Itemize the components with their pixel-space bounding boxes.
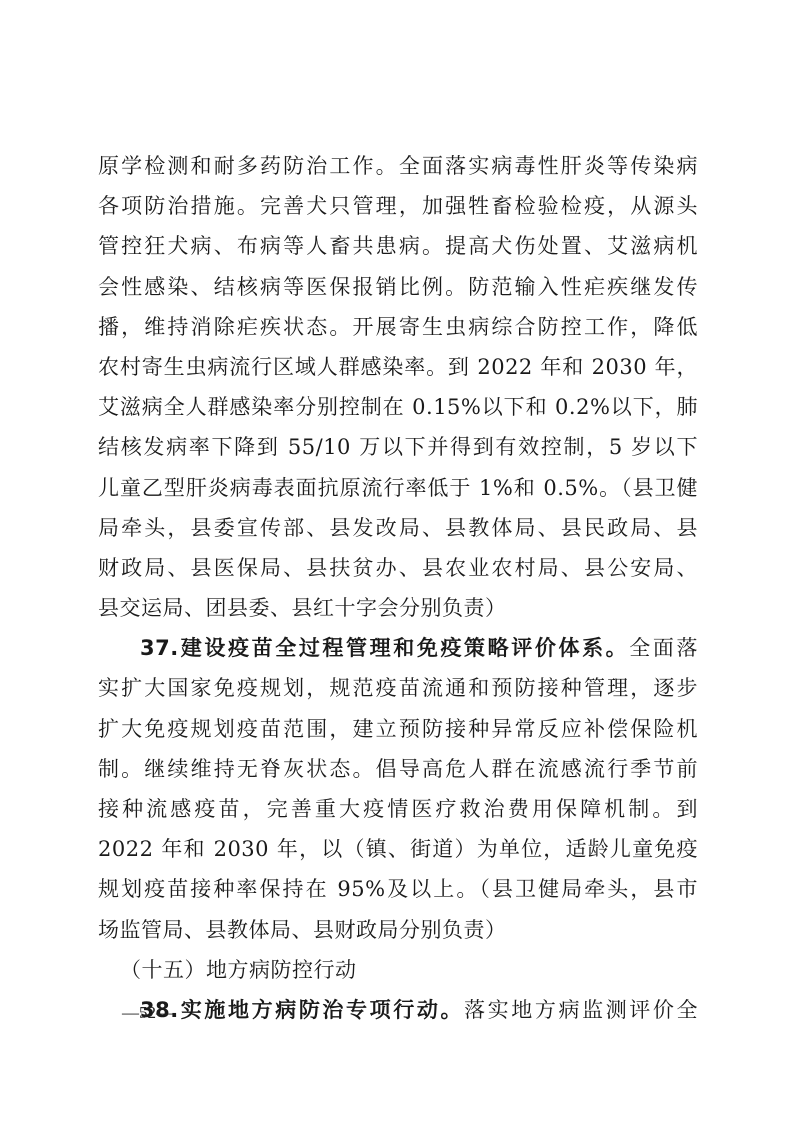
paragraph-line: 各项防治措施。完善犬只管理，加强牲畜检验检疫，从源头: [98, 186, 698, 226]
item-38-heading: 38.实施地方病防治专项行动。: [140, 998, 464, 1022]
paragraph-line: 结核发病率下降到 55/10 万以下并得到有效控制，5 岁以下: [98, 427, 698, 467]
paragraph-line: 规划疫苗接种率保持在 95%及以上。（县卫健局牵头，县市: [98, 869, 698, 909]
paragraph-line: 农村寄生虫病流行区域人群感染率。到 2022 年和 2030 年，: [98, 347, 698, 387]
paragraph-line: 制。继续维持无脊灰状态。倡导高危人群在流感流行季节前: [98, 749, 698, 789]
paragraph-line: 儿童乙型肝炎病毒表面抗原流行率低于 1%和 0.5%。（县卫健: [98, 468, 698, 508]
paragraph-line: 原学检测和耐多药防治工作。全面落实病毒性肝炎等传染病: [98, 146, 698, 186]
paragraph-line: 接种流感疫苗，完善重大疫情医疗救治费用保障机制。到: [98, 789, 698, 829]
paragraph-line: 财政局、县医保局、县扶贫办、县农业农村局、县公安局、: [98, 548, 698, 588]
paragraph-line: 扩大免疫规划疫苗范围，建立预防接种异常反应补偿保险机: [98, 709, 698, 749]
paragraph-line: 管控狂犬病、布病等人畜共患病。提高犬伤处置、艾滋病机: [98, 226, 698, 266]
paragraph-line: 艾滋病全人群感染率分别控制在 0.15%以下和 0.2%以下，肺: [98, 387, 698, 427]
paragraph-line: 场监管局、县教体局、县财政局分别负责）: [98, 910, 698, 950]
paragraph-line: 2022 年和 2030 年，以（镇、街道）为单位，适龄儿童免疫: [98, 829, 698, 869]
page-number: —52—: [122, 1003, 173, 1023]
paragraph-line: 播，维持消除疟疾状态。开展寄生虫病综合防控工作，降低: [98, 307, 698, 347]
item-37-heading: 37.建设疫苗全过程管理和免疫策略评价体系。: [140, 636, 629, 660]
paragraph-line: 实扩大国家免疫规划，规范疫苗流通和预防接种管理，逐步: [98, 668, 698, 708]
item-38-text: 落实地方病监测评价全: [464, 998, 698, 1022]
item-38-first-line: 38.实施地方病防治专项行动。落实地方病监测评价全: [98, 990, 698, 1030]
paragraph-line: 会性感染、结核病等医保报销比例。防范输入性疟疾继发传: [98, 267, 698, 307]
item-37-text: 全面落: [629, 636, 698, 660]
paragraph-line: 县交运局、团县委、县红十字会分别负责）: [98, 588, 698, 628]
item-37-first-line: 37.建设疫苗全过程管理和免疫策略评价体系。全面落: [98, 628, 698, 668]
section-15-heading: （十五）地方病防控行动: [98, 950, 698, 990]
paragraph-line: 局牵头，县委宣传部、县发改局、县教体局、县民政局、县: [98, 508, 698, 548]
document-body: 原学检测和耐多药防治工作。全面落实病毒性肝炎等传染病 各项防治措施。完善犬只管理…: [98, 146, 698, 1030]
